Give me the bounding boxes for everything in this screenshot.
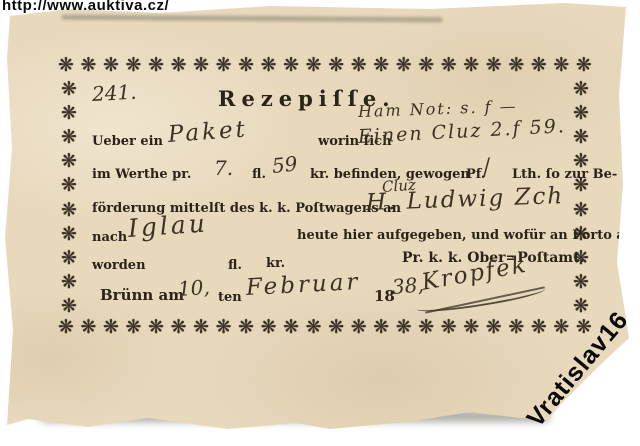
rosette-ornament: ❋ xyxy=(418,56,434,75)
rosette-ornament: ❋ xyxy=(148,56,164,75)
rosette-ornament: ❋ xyxy=(553,318,569,337)
label-fl2: fl. xyxy=(228,258,242,273)
rosette-ornament: ❋ xyxy=(216,56,232,75)
rosette-ornament: ❋ xyxy=(328,56,344,75)
rosette-ornament: ❋ xyxy=(531,318,547,337)
rosette-ornament: ❋ xyxy=(61,152,77,171)
rosette-ornament: ❋ xyxy=(508,56,524,75)
rosette-ornament: ❋ xyxy=(81,56,97,75)
rosette-ornament: ❋ xyxy=(171,56,187,75)
handwritten-recipient: H. Ludwig Zch xyxy=(366,183,565,216)
rosette-ornament: ❋ xyxy=(261,318,277,337)
handwritten-value-kr: 59 xyxy=(271,151,299,178)
ornament-border-right: ❋❋❋❋❋❋❋❋❋❋ xyxy=(570,80,592,316)
rosette-ornament: ❋ xyxy=(148,318,164,337)
rosette-ornament: ❋ xyxy=(573,128,589,147)
handwritten-year: 38, xyxy=(391,272,425,299)
rosette-ornament: ❋ xyxy=(573,297,589,316)
handwritten-day: 10, xyxy=(177,275,210,301)
rosette-ornament: ❋ xyxy=(306,56,322,75)
rosette-ornament: ❋ xyxy=(573,104,589,123)
receipt-paper: ❋❋❋❋❋❋❋❋❋❋❋❋❋❋❋❋❋❋❋❋❋❋❋❋ ❋❋❋❋❋❋❋❋❋❋❋❋❋❋❋… xyxy=(0,0,640,446)
rosette-ornament: ❋ xyxy=(283,56,299,75)
label-kr2: kr. xyxy=(266,256,285,271)
label-ten: ten xyxy=(218,290,242,305)
rosette-ornament: ❋ xyxy=(58,318,74,337)
rosette-ornament: ❋ xyxy=(61,128,77,147)
rosette-ornament: ❋ xyxy=(61,249,77,268)
rosette-ornament: ❋ xyxy=(328,318,344,337)
rosette-ornament: ❋ xyxy=(486,56,502,75)
rosette-ornament: ❋ xyxy=(171,318,187,337)
rosette-ornament: ❋ xyxy=(261,56,277,75)
rosette-ornament: ❋ xyxy=(103,318,119,337)
label-place: Brünn am xyxy=(100,286,184,304)
handwritten-contents-note: Einen Cluz 2.f 59. xyxy=(357,115,566,148)
rosette-ornament: ❋ xyxy=(351,318,367,337)
rosette-ornament: ❋ xyxy=(61,80,77,99)
label-lth: Lth. ſo zur Be- xyxy=(512,167,617,182)
handwritten-month: Februar xyxy=(245,269,361,301)
receipt-number: 241. xyxy=(91,80,137,106)
rosette-ornament: ❋ xyxy=(418,318,434,337)
label-worden: worden xyxy=(92,258,146,273)
scanned-receipt-image: ❋❋❋❋❋❋❋❋❋❋❋❋❋❋❋❋❋❋❋❋❋❋❋❋ ❋❋❋❋❋❋❋❋❋❋❋❋❋❋❋… xyxy=(0,0,640,446)
rosette-ornament: ❋ xyxy=(193,318,209,337)
rosette-ornament: ❋ xyxy=(463,56,479,75)
rosette-ornament: ❋ xyxy=(103,56,119,75)
rosette-ornament: ❋ xyxy=(531,56,547,75)
label-nach: nach xyxy=(92,230,127,245)
handwritten-item: Paket xyxy=(167,116,249,148)
rosette-ornament: ❋ xyxy=(373,318,389,337)
rosette-ornament: ❋ xyxy=(573,201,589,220)
label-ueber-ein: Ueber ein xyxy=(92,134,163,149)
top-edge-smudge xyxy=(62,15,442,23)
rosette-ornament: ❋ xyxy=(441,318,457,337)
rosette-ornament: ❋ xyxy=(61,104,77,123)
rosette-ornament: ❋ xyxy=(351,56,367,75)
rosette-ornament: ❋ xyxy=(441,56,457,75)
rosette-ornament: ❋ xyxy=(58,56,74,75)
rosette-ornament: ❋ xyxy=(61,176,77,195)
rosette-ornament: ❋ xyxy=(61,225,77,244)
rosette-ornament: ❋ xyxy=(573,80,589,99)
rosette-ornament: ❋ xyxy=(396,56,412,75)
rosette-ornament: ❋ xyxy=(306,318,322,337)
ornament-border-left: ❋❋❋❋❋❋❋❋❋❋ xyxy=(58,80,80,316)
auction-site-watermark: http://www.auktiva.cz/ xyxy=(2,0,169,14)
rosette-ornament: ❋ xyxy=(373,56,389,75)
rosette-ornament: ❋ xyxy=(216,318,232,337)
rosette-ornament: ❋ xyxy=(463,318,479,337)
rosette-ornament: ❋ xyxy=(126,56,142,75)
rosette-ornament: ❋ xyxy=(553,56,569,75)
label-heute: heute hier aufgegeben, und wofür an Port… xyxy=(297,228,640,243)
rosette-ornament: ❋ xyxy=(576,56,592,75)
rosette-ornament: ❋ xyxy=(508,318,524,337)
rosette-ornament: ❋ xyxy=(238,56,254,75)
rosette-ornament: ❋ xyxy=(81,318,97,337)
handwritten-destination: Iglau xyxy=(127,208,209,243)
label-fl: fl. xyxy=(252,167,266,182)
rosette-ornament: ❋ xyxy=(193,56,209,75)
rosette-ornament: ❋ xyxy=(61,273,77,292)
label-im-werthe: im Werthe pr. xyxy=(92,167,191,182)
rosette-ornament: ❋ xyxy=(283,318,299,337)
rosette-ornament: ❋ xyxy=(486,318,502,337)
rosette-ornament: ❋ xyxy=(126,318,142,337)
ornament-border-top: ❋❋❋❋❋❋❋❋❋❋❋❋❋❋❋❋❋❋❋❋❋❋❋❋ xyxy=(58,56,592,75)
handwritten-value-fl: 7. xyxy=(214,156,233,180)
rosette-ornament: ❋ xyxy=(573,273,589,292)
rosette-ornament: ❋ xyxy=(61,201,77,220)
ornament-border-bottom: ❋❋❋❋❋❋❋❋❋❋❋❋❋❋❋❋❋❋❋❋❋❋❋❋ xyxy=(58,318,592,337)
rosette-ornament: ❋ xyxy=(61,297,77,316)
rosette-ornament: ❋ xyxy=(238,318,254,337)
rosette-ornament: ❋ xyxy=(396,318,412,337)
